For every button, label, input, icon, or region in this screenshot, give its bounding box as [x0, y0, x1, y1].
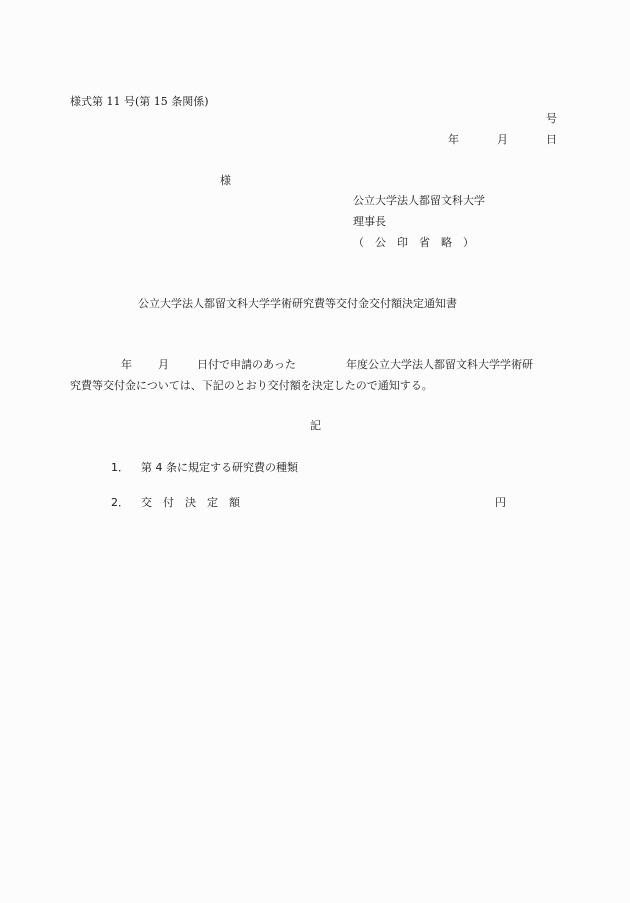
- date-month-label: 月: [497, 133, 508, 147]
- body-year-label: 年: [121, 358, 132, 372]
- item-number: 1．: [111, 461, 129, 475]
- addressee-suffix: 様: [220, 174, 231, 188]
- item-number: 2．: [111, 496, 129, 510]
- body-line1-rest: 年度公立大学法人都留文科大学学術研: [346, 358, 533, 372]
- issuer-organization: 公立大学法人都留文科大学: [353, 194, 485, 208]
- body-day-text: 日付で申請のあった: [197, 358, 296, 372]
- document-number-suffix: 号: [546, 112, 557, 126]
- issuer-title: 理事長: [353, 215, 386, 229]
- body-month-label: 月: [158, 358, 169, 372]
- currency-unit: 円: [495, 496, 506, 510]
- date-year-label: 年: [448, 133, 459, 147]
- ki-heading: 記: [310, 419, 321, 433]
- body-line2: 究費等交付金については、下記のとおり交付額を決定したので通知する。: [70, 379, 433, 393]
- document-title: 公立大学法人都留文科大学学術研究費等交付金交付額決定通知書: [138, 297, 457, 311]
- item-label: 交 付 決 定 額: [141, 496, 240, 510]
- date-day-label: 日: [546, 133, 557, 147]
- form-label: 様式第 11 号(第 15 条関係): [70, 95, 209, 109]
- seal-omitted-note: （ 公 印 省 略 ）: [353, 236, 474, 250]
- item-label: 第 4 条に規定する研究費の種類: [141, 461, 298, 475]
